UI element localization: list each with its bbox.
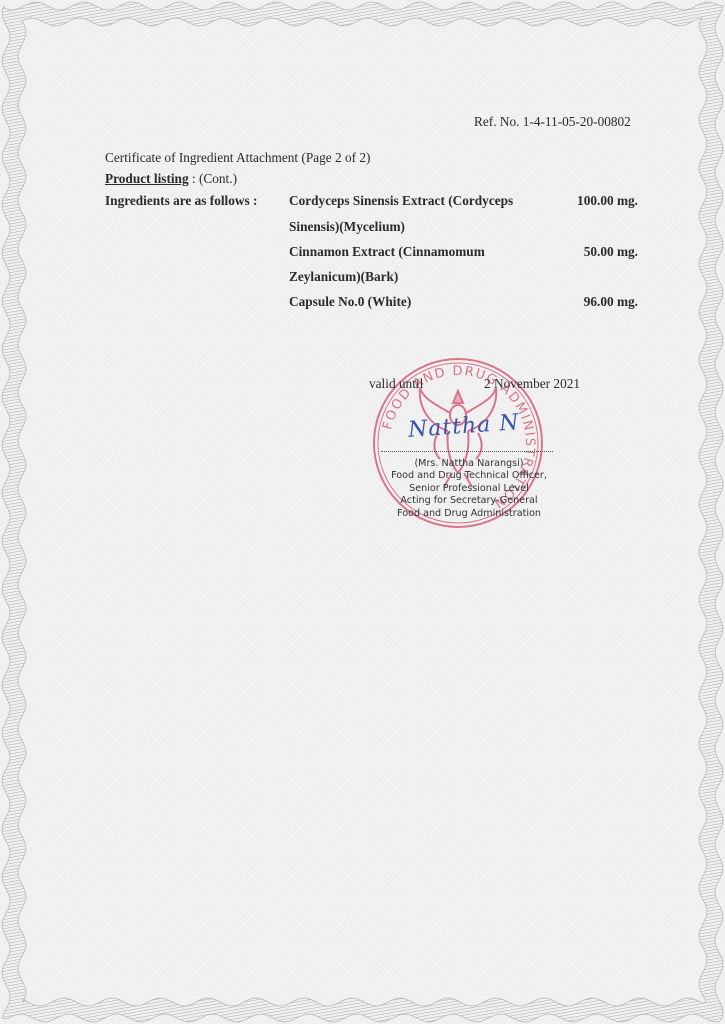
ingredient-3-quantity: 96.00 mg.	[540, 294, 638, 310]
signatory-name: (Mrs. Nattha Narangsi)	[378, 458, 560, 470]
product-listing: Product listing : (Cont.)	[105, 171, 237, 187]
signatory-position-2: Senior Professional Level	[378, 483, 560, 495]
valid-until-label: valid until	[369, 376, 423, 392]
valid-until-date: 2 November 2021	[484, 376, 580, 392]
ingredient-1-name-line2: Sinensis)(Mycelium)	[289, 219, 405, 235]
ingredient-1-quantity: 100.00 mg.	[540, 193, 638, 209]
product-listing-label: Product listing	[105, 171, 189, 186]
signatory-position-4: Food and Drug Administration	[378, 508, 560, 520]
ingredient-1-name-line1: Cordyceps Sinensis Extract (Cordyceps	[289, 193, 513, 209]
ingredient-2-quantity: 50.00 mg.	[540, 244, 638, 260]
ingredient-2-name-line1: Cinnamon Extract (Cinnamomum	[289, 244, 485, 260]
ingredient-2-name-line2: Zeylanicum)(Bark)	[289, 269, 398, 285]
product-listing-suffix: : (Cont.)	[189, 171, 237, 186]
document-title: Certificate of Ingredient Attachment (Pa…	[105, 150, 370, 166]
signatory-block: (Mrs. Nattha Narangsi) Food and Drug Tec…	[378, 458, 560, 520]
signature-dotted-line	[381, 451, 553, 452]
ingredient-3-name: Capsule No.0 (White)	[289, 294, 411, 310]
signatory-position-1: Food and Drug Technical Officer,	[378, 470, 560, 482]
ingredients-label: Ingredients are as follows :	[105, 193, 257, 209]
reference-number: Ref. No. 1-4-11-05-20-00802	[474, 114, 631, 130]
signatory-position-3: Acting for Secretary-General	[378, 495, 560, 507]
